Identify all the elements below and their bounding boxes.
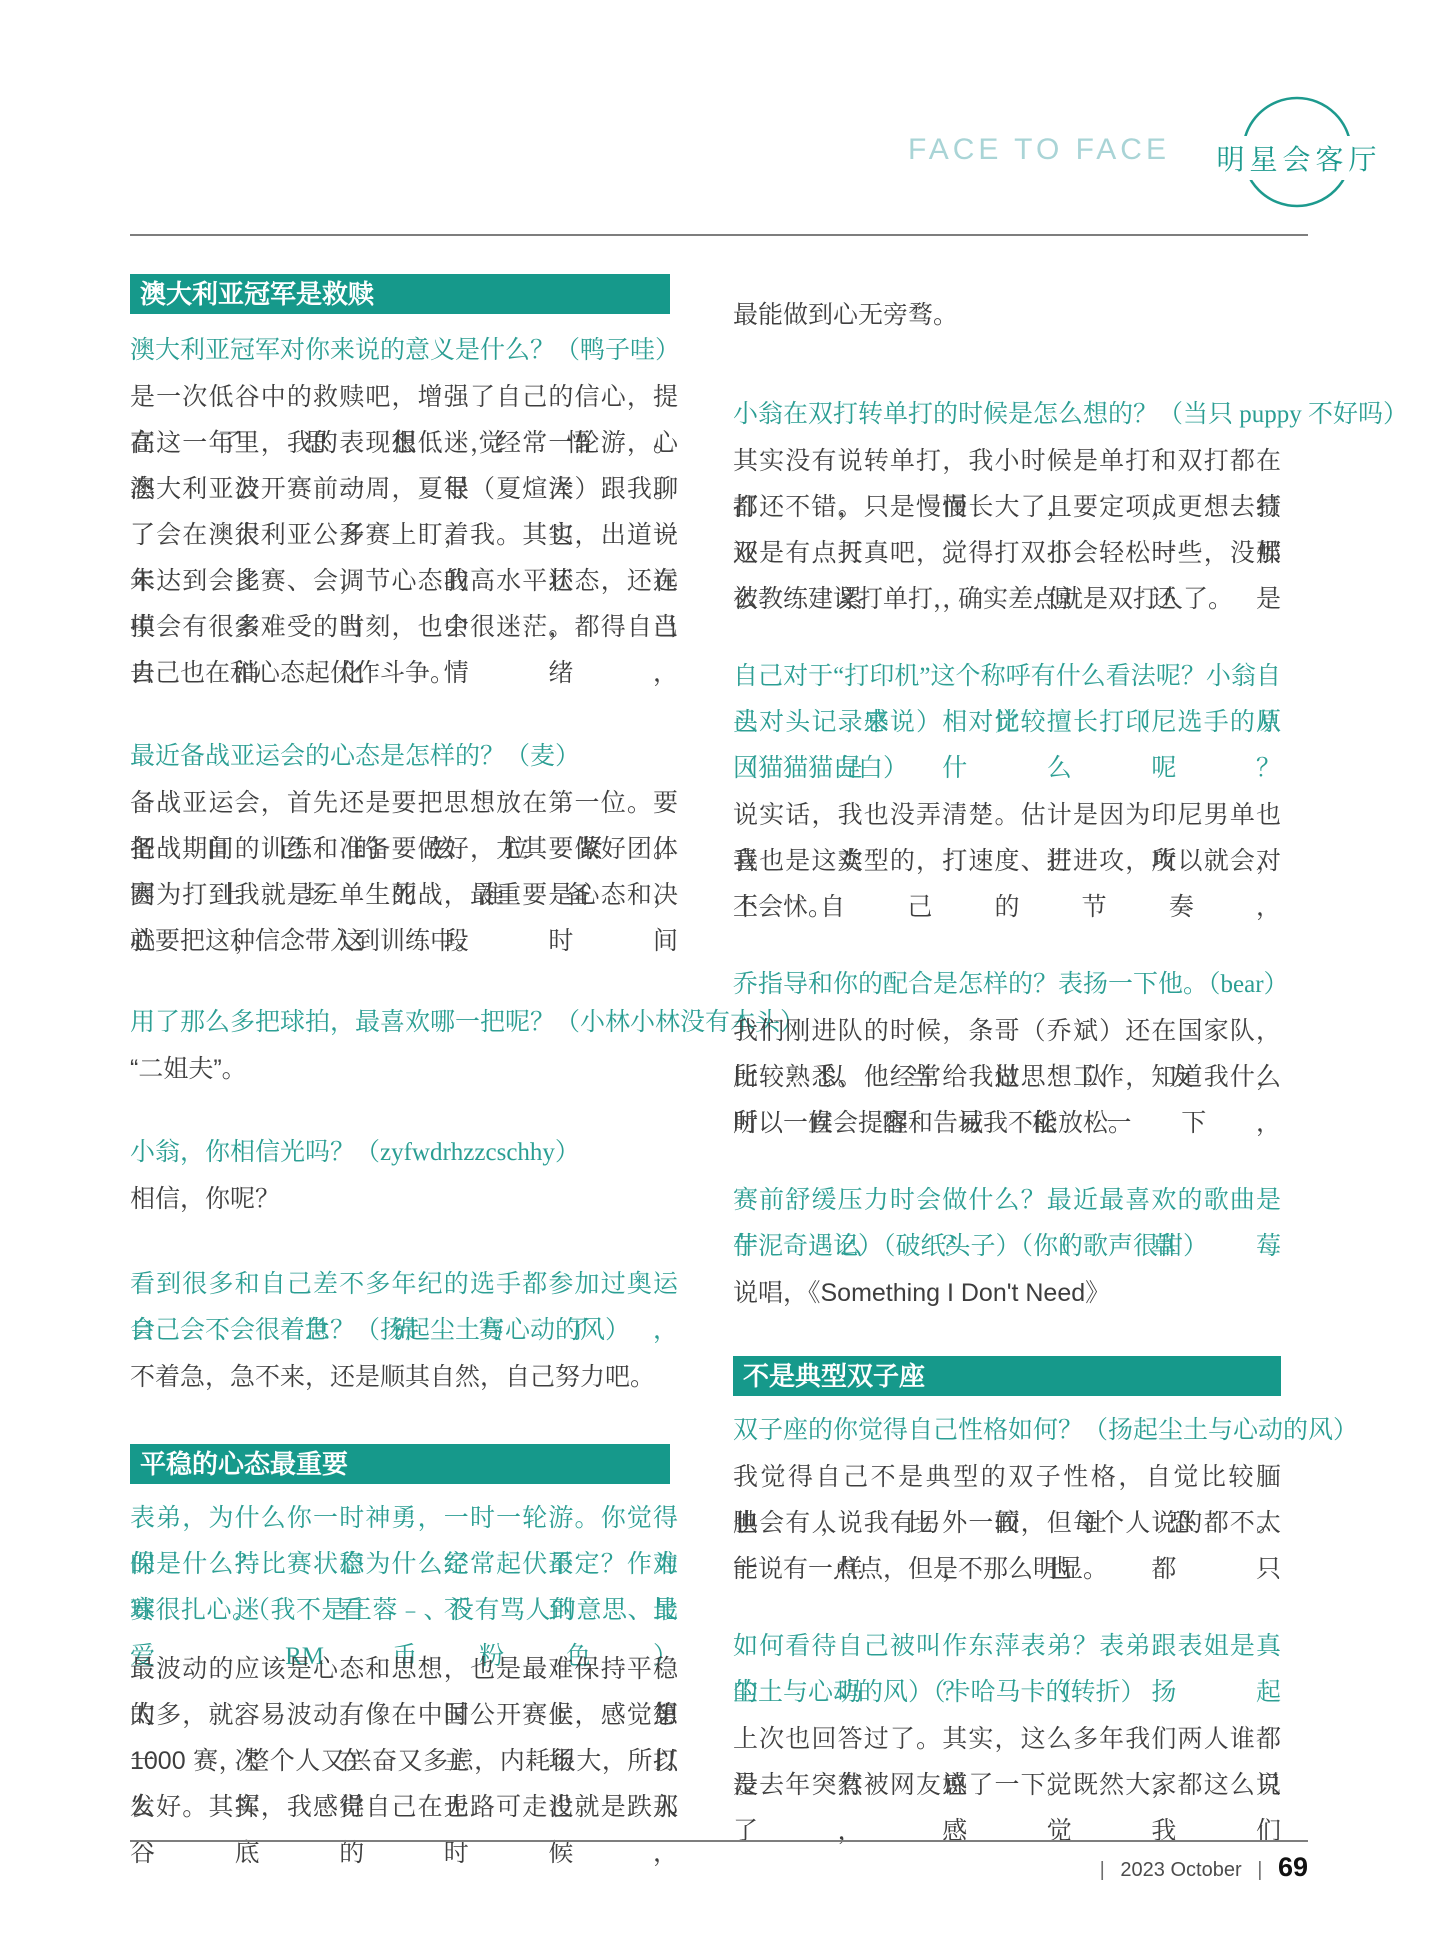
answer-line: “二姐夫”。 xyxy=(130,1046,678,1092)
footer-rule xyxy=(130,1840,1308,1842)
question-block: 表弟，为什么你一时神勇，一时一轮游。你觉得保持稳定最难 的是什么？比赛状态为什么… xyxy=(130,1496,678,1634)
answer-line: 还是有点天真吧，觉得打双打会轻松一些，没那么累，但还是 xyxy=(733,530,1281,576)
answer-block: 最能做到心无旁骛。 xyxy=(733,292,1281,338)
answer-block: 备战亚运会，首先还是要把思想放在第一位。要把自己的弦拉紧。 备战期间的训练和准备… xyxy=(130,780,678,964)
question-line: 的是什么？比赛状态为什么经常起伏不定？作为球迷看不到比 xyxy=(130,1542,678,1588)
section-title: 平稳的心态最重要 xyxy=(130,1444,670,1484)
question-line: 头对头记录来说）相对比较擅长打印尼选手的原因是什么呢？ xyxy=(733,700,1281,746)
question-line: 澳大利亚冠军对你来说的意义是什么？（鸭子哇） xyxy=(130,328,678,374)
footer-bar: | xyxy=(1090,1859,1115,1881)
question-block: 赛前舒缓压力时会做什么？最近最喜欢的歌曲是什么？（草莓 芋泥奇遇记）（破纸头子）… xyxy=(733,1178,1281,1270)
question-line: 芋泥奇遇记）（破纸头子）（你的歌声很甜） xyxy=(733,1224,1281,1270)
answer-line: 是一次低谷中的救赎吧，增强了自己的信心，提高了思想觉悟。 xyxy=(130,374,678,420)
answer-line: 澳大利亚公开赛前一周，夏导（夏煊泽）跟我聊了很多，也说 xyxy=(130,466,678,512)
answer-line: 是去年突然被网友说了一下。既然大家都这么说了，感觉我们 xyxy=(733,1762,1281,1808)
question-line: 用了那么多把球拍，最喜欢哪一把呢？（小林小林没有木头） xyxy=(130,1000,678,1046)
answer-line: 说实话，我也没弄清楚。估计是因为印尼男单也喜欢打进攻， xyxy=(733,792,1281,838)
answer-line: 也会有人说我有另外一面，但每个人说的都不太一样，也都只 xyxy=(733,1500,1281,1546)
question-block: 小翁在双打转单打的时候是怎么想的？（当只 puppy 不好吗） xyxy=(733,392,1281,438)
answer-line: 备战亚运会，首先还是要把思想放在第一位。要把自己的弦拉紧。 xyxy=(130,780,678,826)
answer-line: 上次也回答过了。其实，这么多年我们两人谁都没有感觉，只 xyxy=(733,1716,1281,1762)
footer: | 2023 October | 69 xyxy=(708,1852,1308,1883)
question-block: 看到很多和自己差不多年纪的选手都参加过奥运会、世锦赛了， 自己会不会很着急？（扬… xyxy=(130,1262,678,1354)
answer-line: 最波动的应该是心态和思想，也是最难保持平稳的。有时候想 xyxy=(130,1646,678,1692)
question-block: 澳大利亚冠军对你来说的意义是什么？（鸭子哇） xyxy=(130,328,678,374)
section-title: 不是典型双子座 xyxy=(733,1356,1281,1396)
question-line: 小翁，你相信光吗？（zyfwdrhzzcschhy） xyxy=(130,1130,678,1176)
answer-line: 未达到会比赛、会调节心态的高水平状态，还在摸索当中。当 xyxy=(130,558,678,604)
answer-block: 是一次低谷中的救赎吧，增强了自己的信心，提高了思想觉悟。 在这一年里，我的表现很… xyxy=(130,374,678,696)
answer-line: 比较熟悉。他经常给我做思想工作，知道我什么时候容易松一下， xyxy=(733,1054,1281,1100)
footer-bar: | xyxy=(1247,1859,1272,1881)
question-block: 用了那么多把球拍，最喜欢哪一把呢？（小林小林没有木头） xyxy=(130,1000,678,1046)
answer-line: 其实没有说转单打，我小时候是单打和双打都在打，而且成绩 xyxy=(733,438,1281,484)
answer-line: 中会有很多难受的时刻，也会很迷茫，都得自己去消化情绪， xyxy=(130,604,678,650)
question-line: 乔指导和你的配合是怎样的？表扬一下他。（bear） xyxy=(733,962,1281,1008)
question-line: 最近备战亚运会的心态是怎样的？（麦） xyxy=(130,734,678,780)
answer-block: “二姐夫”。 xyxy=(130,1046,678,1092)
question-line: 看到很多和自己差不多年纪的选手都参加过奥运会、世锦赛了， xyxy=(130,1262,678,1308)
answer-line: 在这一年里，我的表现很低迷，经常一轮游，心态波动很大。 xyxy=(130,420,678,466)
footer-issue: 2023 October xyxy=(1120,1859,1241,1881)
answer-line: 我们刚进队的时候，条哥（乔斌）还在国家队，所以当过队友， xyxy=(733,1008,1281,1054)
answer-block: 相信，你呢？ xyxy=(130,1176,678,1222)
answer-block: 不着急，急不来，还是顺其自然，自己努力吧。 xyxy=(130,1354,678,1400)
question-line: 自己会不会很着急？（扬起尘土与心动的风） xyxy=(130,1308,678,1354)
question-line: 双子座的你觉得自己性格如何？（扬起尘土与心动的风） xyxy=(733,1408,1281,1454)
question-block: 乔指导和你的配合是怎样的？表扬一下他。（bear） xyxy=(733,962,1281,1008)
question-line: 自己对于“打印机”这个称呼有什么看法呢？小翁自己感觉（从 xyxy=(733,654,1281,700)
answer-line: 了会在澳大利亚公开赛上盯着我。其实，出道一年多，我还远 xyxy=(130,512,678,558)
answer-line: 最能做到心无旁骛。 xyxy=(733,292,1281,338)
answer-line: 不着急，急不来，还是顺其自然，自己努力吧。 xyxy=(130,1354,678,1400)
answer-block: 最波动的应该是心态和思想，也是最难保持平稳的。有时候想 太多，就容易波动。像在中… xyxy=(130,1646,678,1830)
answer-line: 我觉得自己不是典型的双子性格，自觉比较腼腆，比较社恐。 xyxy=(733,1454,1281,1500)
answer-block: 我们刚进队的时候，条哥（乔斌）还在国家队，所以当过队友， 比较熟悉。他经常给我做… xyxy=(733,1008,1281,1146)
section-title: 澳大利亚冠军是救赎 xyxy=(130,274,670,314)
question-line: 小翁在双打转单打的时候是怎么想的？（当只 puppy 不好吗） xyxy=(733,392,1281,438)
question-line: 如何看待自己被叫作东萍表弟？表弟跟表姐是真的吗？（扬起 xyxy=(733,1624,1281,1670)
answer-line: 太多，就容易波动。像在中国公开赛上，感觉第一次在主场打 xyxy=(130,1692,678,1738)
answer-block: 其实没有说转单打，我小时候是单打和双打都在打，而且成绩 都还不错。只是慢慢长大了… xyxy=(733,438,1281,622)
question-line: 赛前舒缓压力时会做什么？最近最喜欢的歌曲是什么？（草莓 xyxy=(733,1178,1281,1224)
answer-block: 上次也回答过了。其实，这么多年我们两人谁都没有感觉，只 是去年突然被网友说了一下… xyxy=(733,1716,1281,1808)
question-block: 最近备战亚运会的心态是怎样的？（麦） xyxy=(130,734,678,780)
answer-line: 因为打到我就是三单生死战，最重要是心态和决心，这段时间 xyxy=(130,872,678,918)
answer-line: 说唱，《Something I Don't Need》 xyxy=(733,1270,1281,1316)
question-block: 如何看待自己被叫作东萍表弟？表弟跟表姐是真的吗？（扬起 尘土与心动的风）（卡哈马… xyxy=(733,1624,1281,1716)
question-block: 双子座的你觉得自己性格如何？（扬起尘土与心动的风） xyxy=(733,1408,1281,1454)
left-column: 澳大利亚冠军是救赎 澳大利亚冠军对你来说的意义是什么？（鸭子哇） 是一次低谷中的… xyxy=(130,0,678,1949)
answer-line: 么好。其实，我感觉自己在无路可走也就是跌入谷底的时候， xyxy=(130,1784,678,1830)
answer-line: 我也是这类型的，打速度、打进攻，所以就会对上自己的节奏， xyxy=(733,838,1281,884)
question-block: 自己对于“打印机”这个称呼有什么看法呢？小翁自己感觉（从 头对头记录来说）相对比… xyxy=(733,654,1281,792)
footer-page-number: 69 xyxy=(1278,1852,1308,1882)
answer-line: 被教练建议打单打，确实差点就是双打人了。 xyxy=(733,576,1281,622)
question-line: 表弟，为什么你一时神勇，一时一轮游。你觉得保持稳定最难 xyxy=(130,1496,678,1542)
answer-line: 1000 赛，整个人又兴奋又多虑，内耗很大，所以发挥得也没那 xyxy=(130,1738,678,1784)
answer-line: 都还不错。只是慢慢长大了，要定项，更想去打双打。小时候 xyxy=(733,484,1281,530)
question-line: 赛很扎心。（我不是王蓉﹣、没有骂人的意思、最爱 RM 币粉色） xyxy=(130,1588,678,1634)
answer-block: 说唱，《Something I Don't Need》 xyxy=(733,1270,1281,1316)
answer-line: 备战期间的训练和准备要做好，尤其要做好团体赛上场的准备， xyxy=(130,826,678,872)
answer-block: 说实话，我也没弄清楚。估计是因为印尼男单也喜欢打进攻， 我也是这类型的，打速度、… xyxy=(733,792,1281,930)
answer-line: 相信，你呢？ xyxy=(130,1176,678,1222)
right-column: 最能做到心无旁骛。 小翁在双打转单打的时候是怎么想的？（当只 puppy 不好吗… xyxy=(733,0,1281,1949)
answer-block: 我觉得自己不是典型的双子性格，自觉比较腼腆，比较社恐。 也会有人说我有另外一面，… xyxy=(733,1454,1281,1592)
question-block: 小翁，你相信光吗？（zyfwdrhzzcschhy） xyxy=(130,1130,678,1176)
